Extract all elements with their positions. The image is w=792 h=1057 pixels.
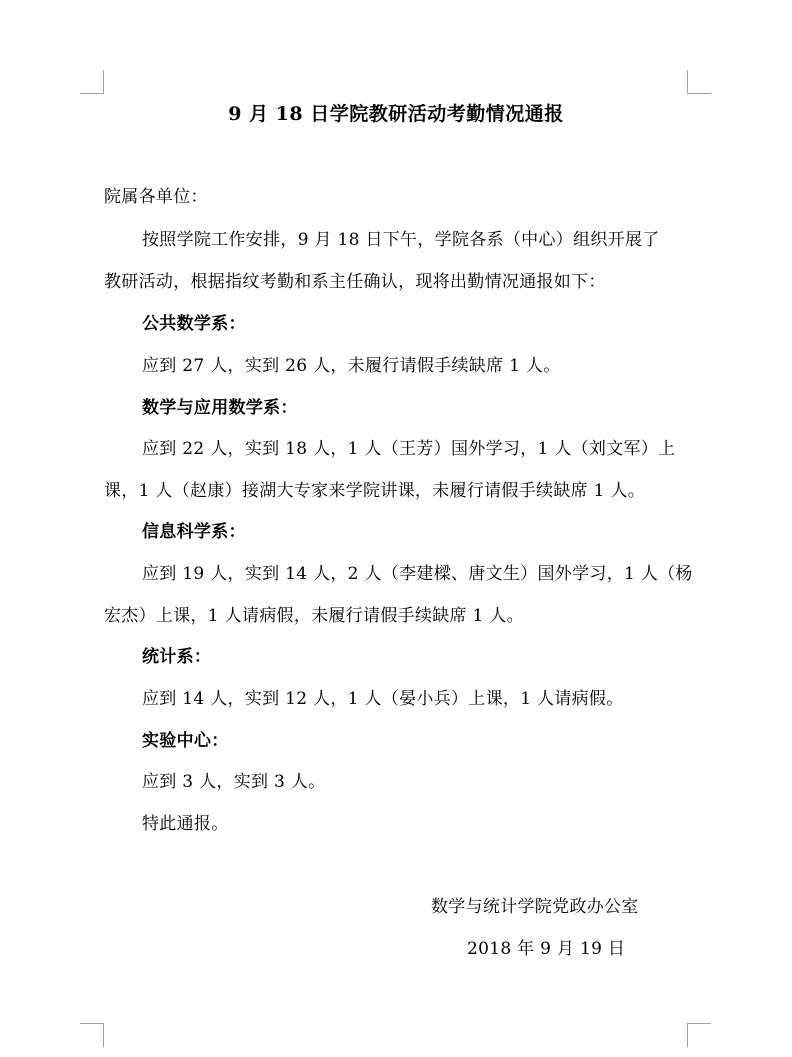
document-title: 9 月 18 日学院教研活动考勤情况通报: [0, 101, 792, 127]
signature-date: 2018 年 9 月 19 日: [467, 937, 625, 961]
section-heading-public-math: 公共数学系：: [142, 312, 246, 336]
section-text-math-applied-2: 课，1 人（赵康）接湖大专家来学院讲课，未履行请假手续缺席 1 人。: [104, 479, 645, 503]
crop-mark-bottom-left: [80, 1023, 104, 1047]
crop-mark-top-left: [80, 70, 104, 94]
section-text-math-applied-1: 应到 22 人，实到 18 人，1 人（王芳）国外学习，1 人（刘文军）上: [142, 437, 675, 461]
section-heading-statistics: 统计系：: [142, 645, 211, 669]
intro-line-2: 教研活动，根据指纹考勤和系主任确认，现将出勤情况通报如下：: [104, 270, 606, 294]
section-heading-lab-center: 实验中心：: [142, 729, 229, 753]
intro-line-1: 按照学院工作安排，9 月 18 日下午，学院各系（中心）组织开展了: [142, 228, 660, 252]
section-text-statistics: 应到 14 人，实到 12 人，1 人（晏小兵）上课，1 人请病假。: [142, 687, 624, 711]
crop-mark-top-right: [687, 70, 711, 94]
section-text-info-science-1: 应到 19 人，实到 14 人，2 人（李建樑、唐文生）国外学习，1 人（杨: [142, 562, 693, 586]
section-text-info-science-2: 宏杰）上课，1 人请病假，未履行请假手续缺席 1 人。: [104, 604, 524, 628]
document-page: 9 月 18 日学院教研活动考勤情况通报 院属各单位： 按照学院工作安排，9 月…: [0, 0, 792, 1057]
section-text-lab-center: 应到 3 人，实到 3 人。: [142, 770, 325, 794]
closing-text: 特此通报。: [142, 812, 229, 836]
signature-office: 数学与统计学院党政办公室: [431, 895, 639, 919]
section-text-public-math: 应到 27 人，实到 26 人，未履行请假手续缺席 1 人。: [142, 354, 561, 378]
section-heading-math-applied: 数学与应用数学系：: [142, 396, 298, 420]
salutation: 院属各单位：: [104, 185, 208, 209]
section-heading-info-science: 信息科学系：: [142, 520, 246, 544]
crop-mark-bottom-right: [687, 1023, 711, 1047]
